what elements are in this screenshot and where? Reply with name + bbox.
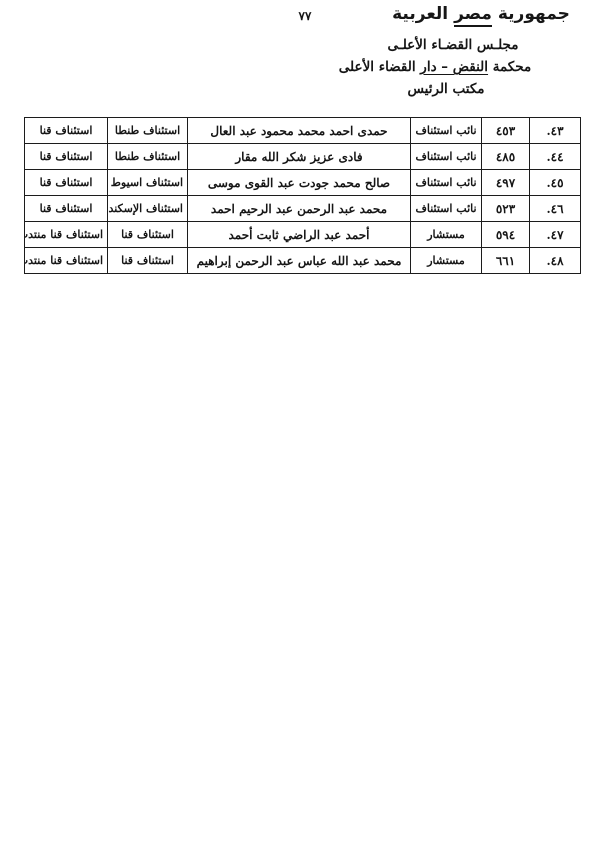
- number-cell: ٦٦١: [482, 248, 530, 274]
- number-cell: ٤٨٥: [482, 144, 530, 170]
- table-row: ٤٦. ٥٢٣ نائب استئناف محمد عبد الرحمن عبد…: [25, 196, 581, 222]
- court-title-underlined: النقض – دار: [420, 59, 488, 75]
- assignment-cell: استئناف قنا منتدب: [25, 222, 108, 248]
- page-number: ٧٧: [280, 9, 330, 23]
- republic-logo: جمهورية مصر العربية: [361, 4, 595, 24]
- serial-cell: ٤٨.: [530, 248, 581, 274]
- title-cell: مستشار: [411, 248, 482, 274]
- serial-cell: ٤٥.: [530, 170, 581, 196]
- court-title: محكمة النقض – دار القضاء الأعلى: [305, 59, 565, 75]
- name-cell: محمد عبد الرحمن عبد الرحيم احمد: [188, 196, 411, 222]
- serial-cell: ٤٣.: [530, 118, 581, 144]
- table-row: ٤٥. ٤٩٧ نائب استئناف صالح محمد جودت عبد …: [25, 170, 581, 196]
- number-cell: ٤٩٧: [482, 170, 530, 196]
- document-page: ٧٧ جمهورية مصر العربية مجلـس القضـاء الأ…: [0, 0, 595, 842]
- court-cell: استئناف طنطا: [108, 118, 188, 144]
- title-cell: نائب استئناف: [411, 144, 482, 170]
- name-cell: صالح محمد جودت عبد القوى موسى: [188, 170, 411, 196]
- logo-text-underlined: مصر: [454, 4, 492, 27]
- table-row: ٤٣. ٤٥٣ نائب استئناف حمدى احمد محمد محمو…: [25, 118, 581, 144]
- table-row: ٤٨. ٦٦١ مستشار محمد عبد الله عباس عبد ال…: [25, 248, 581, 274]
- court-cell: استئناف الإسكندرية: [108, 196, 188, 222]
- council-title: مجلـس القضـاء الأعلـى: [323, 37, 583, 53]
- logo-text-post: العربية: [392, 4, 454, 24]
- table-row: ٤٧. ٥٩٤ مستشار أحمد عبد الراضي ثابت أحمد…: [25, 222, 581, 248]
- assignment-cell: استئناف قنا: [25, 118, 108, 144]
- title-cell: نائب استئناف: [411, 118, 482, 144]
- table-row: ٤٤. ٤٨٥ نائب استئناف فادى عزيز شكر الله …: [25, 144, 581, 170]
- name-cell: حمدى احمد محمد محمود عبد العال: [188, 118, 411, 144]
- number-cell: ٤٥٣: [482, 118, 530, 144]
- assignment-cell: استئناف قنا منتدب: [25, 248, 108, 274]
- name-cell: فادى عزيز شكر الله مقار: [188, 144, 411, 170]
- court-cell: استئناف طنطا: [108, 144, 188, 170]
- title-cell: نائب استئناف: [411, 196, 482, 222]
- court-cell: استئناف اسيوط: [108, 170, 188, 196]
- name-cell: محمد عبد الله عباس عبد الرحمن إبراهيم: [188, 248, 411, 274]
- title-cell: مستشار: [411, 222, 482, 248]
- court-cell: استئناف قنا: [108, 248, 188, 274]
- logo-text-pre: جمهورية: [492, 4, 570, 24]
- judges-roster-table: ٤٣. ٤٥٣ نائب استئناف حمدى احمد محمد محمو…: [24, 117, 581, 274]
- serial-cell: ٤٧.: [530, 222, 581, 248]
- office-title: مكتب الرئيس: [316, 81, 576, 97]
- assignment-cell: استئناف قنا: [25, 144, 108, 170]
- serial-cell: ٤٤.: [530, 144, 581, 170]
- assignment-cell: استئناف قنا: [25, 196, 108, 222]
- serial-cell: ٤٦.: [530, 196, 581, 222]
- court-cell: استئناف قنا: [108, 222, 188, 248]
- number-cell: ٥٢٣: [482, 196, 530, 222]
- assignment-cell: استئناف قنا: [25, 170, 108, 196]
- name-cell: أحمد عبد الراضي ثابت أحمد: [188, 222, 411, 248]
- title-cell: نائب استئناف: [411, 170, 482, 196]
- court-title-post: القضاء الأعلى: [339, 59, 421, 75]
- court-title-pre: محكمة: [488, 59, 531, 75]
- number-cell: ٥٩٤: [482, 222, 530, 248]
